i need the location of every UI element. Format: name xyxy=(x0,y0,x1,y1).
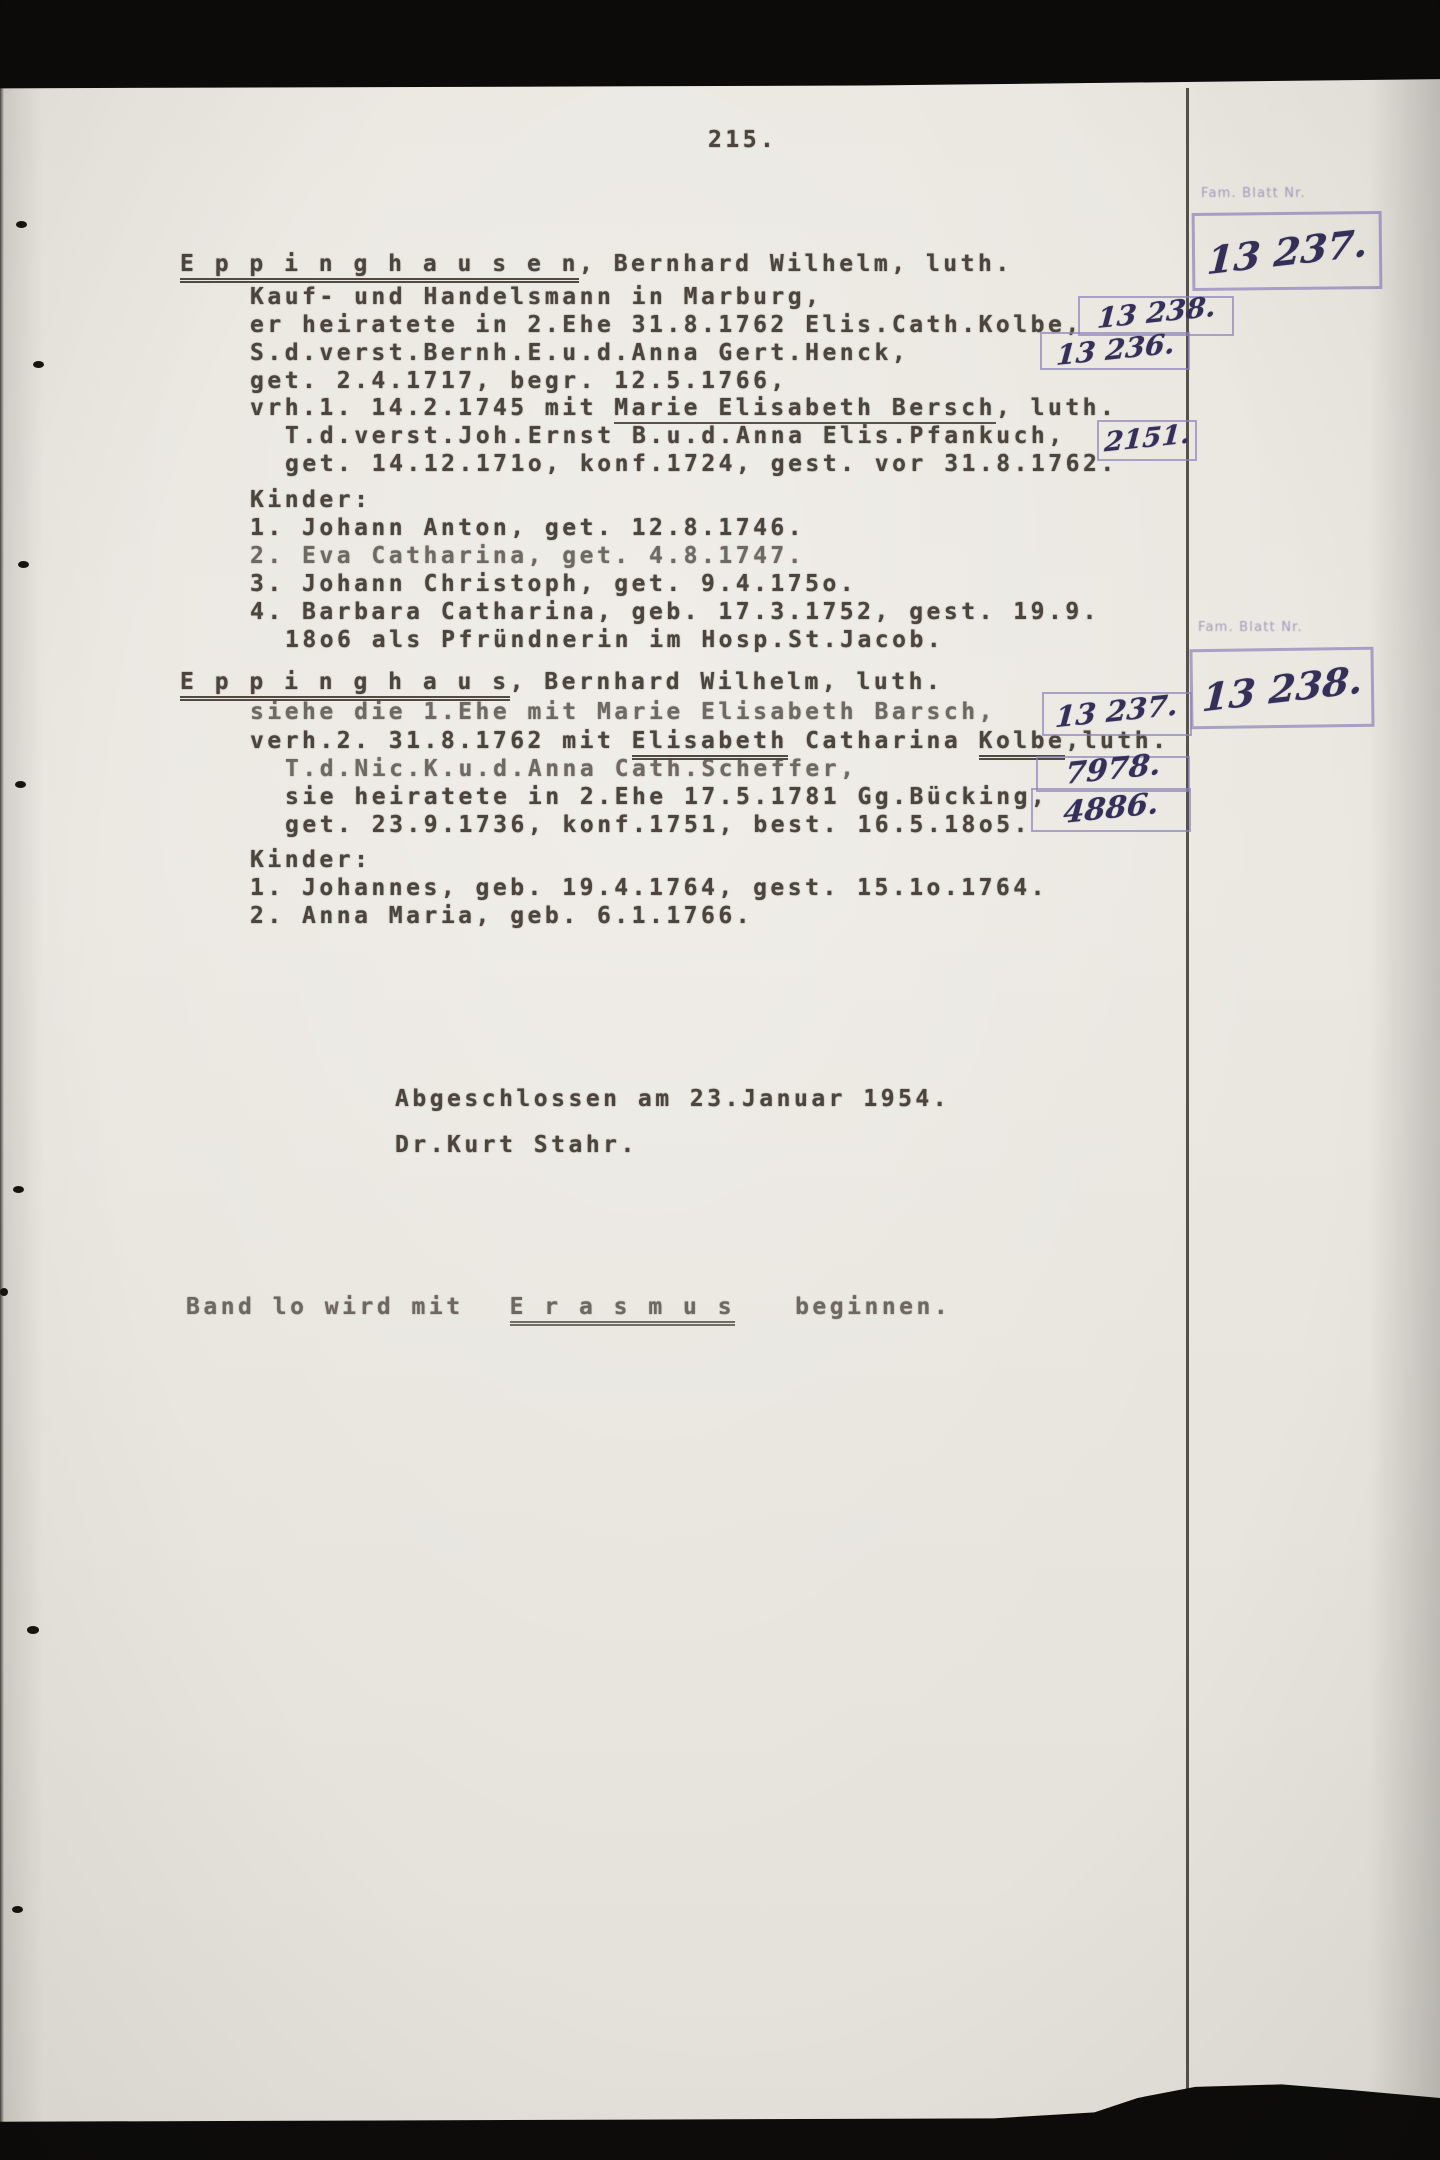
fam-blatt-box-2: 13 238. xyxy=(1189,647,1374,730)
entry1-child: 4. Barbara Catharina, geb. 17.3.1752, ge… xyxy=(250,598,1100,626)
entry2-line: sie heiratete in 2.Ehe 17.5.1781 Gg.Bück… xyxy=(285,783,1048,811)
handwritten-number: 13 237. xyxy=(1054,688,1179,734)
entry2-child: 2. Anna Maria, geb. 6.1.1766. xyxy=(250,902,753,930)
page-number: 215. xyxy=(708,126,777,154)
footer-note: Band lo wird mitE r a s m u sbeginnen. xyxy=(186,1293,951,1321)
closing-author-line: Dr.Kurt Stahr. xyxy=(395,1131,638,1159)
fam-blatt-box-1: 13 237. xyxy=(1192,211,1383,291)
entry1-child-cont: 18o6 als Pfründnerin im Hosp.St.Jacob. xyxy=(285,626,944,654)
handwritten-number: 13 236. xyxy=(1055,326,1176,371)
handwritten-number: 13 237. xyxy=(1205,219,1368,282)
closing-date-line: Abgeschlossen am 23.Januar 1954. xyxy=(395,1085,950,1113)
entry2-line: get. 23.9.1736, konf.1751, best. 16.5.18… xyxy=(285,811,1031,839)
entry1-spouse1-name: Marie Elisabeth Bersch xyxy=(614,395,996,424)
entry1-heading-rest: , Bernhard Wilhelm, luth. xyxy=(579,251,1013,277)
scanned-page: 215. Fam. Blatt Nr. 13 237. E p p i n g … xyxy=(0,0,1440,2160)
entry2-line-seg: verh.2. 31.8.1762 mit xyxy=(250,728,632,754)
ref-box-pfankuch: 2151. xyxy=(1097,420,1197,461)
scan-left-edge xyxy=(0,0,4,2160)
punch-dot xyxy=(13,1186,24,1193)
scan-top-border xyxy=(0,0,1440,92)
entry1-child: 1. Johann Anton, get. 12.8.1746. xyxy=(250,514,805,542)
ref-box-kolbe-2: 13 236. xyxy=(1040,332,1190,370)
footer-note-pre: Band lo wird mit xyxy=(186,1294,464,1320)
fam-blatt-label-1: Fam. Blatt Nr. xyxy=(1201,186,1306,201)
entry1-line: er heiratete in 2.Ehe 31.8.1762 Elis.Cat… xyxy=(250,311,1083,339)
punch-dot xyxy=(0,1288,8,1296)
entry1-kinder-label: Kinder: xyxy=(250,486,371,514)
entry2-line: verh.2. 31.8.1762 mit Elisabeth Catharin… xyxy=(250,727,1169,755)
entry1-line: S.d.verst.Bernh.E.u.d.Anna Gert.Henck, xyxy=(250,339,909,367)
entry2-kinder-label: Kinder: xyxy=(250,846,371,874)
entry1-child: 2. Eva Catharina, get. 4.8.1747. xyxy=(250,542,805,570)
entry1-line: T.d.verst.Joh.Ernst B.u.d.Anna Elis.Pfan… xyxy=(285,422,1066,450)
entry2-heading: E p p i n g h a u s, Bernhard Wilhelm, l… xyxy=(180,668,943,696)
entry2-line: T.d.Nic.K.u.d.Anna Cath.Scheffer, xyxy=(285,755,857,783)
entry1-line-seg: vrh.1. 14.2.1745 mit xyxy=(250,395,614,421)
punch-dot xyxy=(18,561,29,568)
entry2-surname: E p p i n g h a u s xyxy=(180,669,510,701)
entry2-child: 1. Johannes, geb. 19.4.1764, gest. 15.1o… xyxy=(250,874,1048,902)
footer-note-post: beginnen. xyxy=(795,1294,951,1320)
handwritten-number: 13 238. xyxy=(1096,289,1217,334)
entry1-line: vrh.1. 14.2.1745 mit Marie Elisabeth Ber… xyxy=(250,394,1117,422)
punch-dot xyxy=(33,361,44,368)
punch-dot xyxy=(16,221,27,228)
entry1-surname: E p p i n g h a u s e n xyxy=(180,251,579,283)
punch-dot xyxy=(15,781,26,788)
ref-box-siehe: 13 237. xyxy=(1042,692,1192,736)
entry1-line: get. 14.12.171o, konf.1724, gest. vor 31… xyxy=(285,450,1118,478)
entry2-heading-rest: , Bernhard Wilhelm, luth. xyxy=(510,669,944,695)
handwritten-number: 2151. xyxy=(1103,419,1191,459)
ref-box-buecking: 4886. xyxy=(1031,788,1191,832)
entry1-child: 3. Johann Christoph, get. 9.4.175o. xyxy=(250,570,857,598)
ref-box-scheffer: 7978. xyxy=(1036,756,1190,792)
entry1-line: get. 2.4.1717, begr. 12.5.1766, xyxy=(250,367,788,395)
punch-dot xyxy=(12,1906,23,1913)
scan-bottom-border xyxy=(0,2075,1440,2160)
fam-blatt-label-2: Fam. Blatt Nr. xyxy=(1198,620,1303,635)
handwritten-number: 13 238. xyxy=(1200,656,1363,720)
entry1-heading: E p p i n g h a u s e n, Bernhard Wilhel… xyxy=(180,250,1013,278)
entry2-line: siehe die 1.Ehe mit Marie Elisabeth Bars… xyxy=(250,698,996,726)
punch-dot xyxy=(27,1626,39,1634)
entry2-line-seg: Catharina xyxy=(788,728,979,754)
margin-rule-line xyxy=(1186,88,1189,2112)
footer-next-volume-name: E r a s m u s xyxy=(510,1294,736,1326)
entry1-line: Kauf- und Handelsmann in Marburg, xyxy=(250,283,822,311)
entry1-line-seg: , luth. xyxy=(996,395,1117,421)
handwritten-number: 4886. xyxy=(1062,786,1160,831)
